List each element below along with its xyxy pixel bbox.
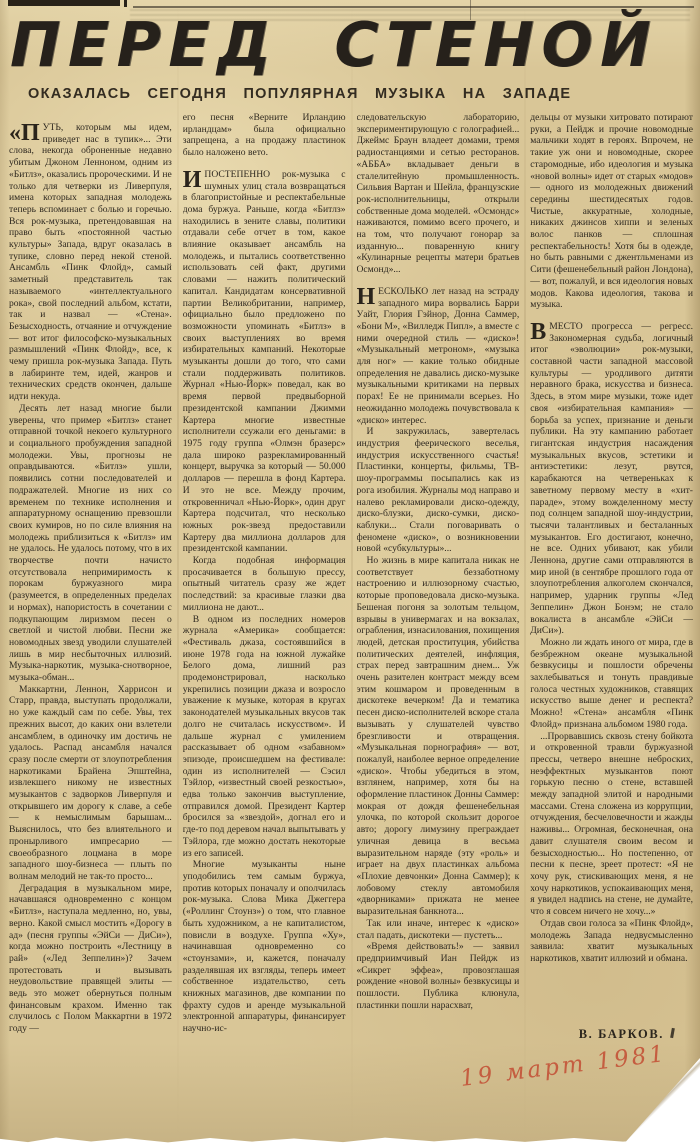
paragraph: Можно ли ждать иного от мира, где в безб… <box>530 637 693 731</box>
paragraph: его песня «Верните Ирландию ирландцам» б… <box>183 112 346 159</box>
article-column: его песня «Верните Ирландию ирландцам» б… <box>183 112 346 1064</box>
paragraph: Многие музыканты ныне уподобились тем са… <box>183 859 346 1035</box>
torn-paper-edge <box>0 1133 700 1146</box>
adjacent-article-tick <box>124 0 127 7</box>
article-column: «ПУТЬ, которым мы идем, приведет нас в т… <box>9 112 172 1064</box>
paragraph: ...Прорвавшись сквозь стену бойкота и от… <box>530 731 693 918</box>
adjacent-article-border <box>133 6 694 8</box>
drop-cap: И <box>183 169 205 190</box>
newspaper-clipping: ПЕРЕД СТЕНОЙ ОКАЗАЛАСЬ СЕГОДНЯ ПОПУЛЯРНА… <box>0 0 700 1146</box>
paragraph: НЕСКОЛЬКО лет назад на эстраду западного… <box>357 286 520 426</box>
adjacent-article-rule <box>8 0 120 6</box>
torn-corner <box>622 1058 700 1146</box>
paragraph: следовательскую лабораторию, эксперимент… <box>357 112 520 276</box>
paragraph: дельцы от музыки хитровато потирают руки… <box>530 112 693 311</box>
author-name: В. БАРКОВ. <box>579 1027 664 1041</box>
paragraph: И закружилась, завертелась индустрия фее… <box>357 426 520 555</box>
paragraph: ИПОСТЕПЕННО рок-музыка с шумных улиц ста… <box>183 169 346 555</box>
paragraph: Но жизнь в мире капитала никак не соотве… <box>357 555 520 918</box>
article-subtitle: ОКАЗАЛАСЬ СЕГОДНЯ ПОПУЛЯРНАЯ МУЗЫКА НА З… <box>10 86 694 102</box>
drop-cap: Н <box>357 286 379 307</box>
paragraph: Когда подобная информация просачивается … <box>183 555 346 614</box>
paragraph: В одном из последних номеров журнала «Ам… <box>183 614 346 860</box>
paragraph: Маккартни, Леннон, Харрисон и Старр, пра… <box>9 684 172 883</box>
article-columns: «ПУТЬ, которым мы идем, приведет нас в т… <box>9 112 693 1064</box>
paragraph: Десять лет назад многие были уверены, чт… <box>9 403 172 684</box>
paragraph: «ПУТЬ, которым мы идем, приведет нас в т… <box>9 122 172 403</box>
drop-cap: «П <box>9 122 43 143</box>
paragraph: Деградация в музыкальном мире, начавшаяс… <box>9 883 172 1035</box>
article-column: следовательскую лабораторию, эксперимент… <box>357 112 520 1064</box>
paragraph: Так или иначе, интерес к «диско» стал па… <box>357 918 520 941</box>
masthead: ПЕРЕД СТЕНОЙ ОКАЗАЛАСЬ СЕГОДНЯ ПОПУЛЯРНА… <box>10 12 694 102</box>
paragraph: Отдав свои голоса за «Пинк Флойд», молод… <box>530 918 693 965</box>
paragraph: «Время действовать!» — заявил предприимч… <box>357 941 520 1011</box>
paragraph: ВМЕСТО прогресса — регресс. Закономерная… <box>530 321 693 637</box>
drop-cap: В <box>530 321 549 342</box>
author-signature: В. БАРКОВ. <box>528 1027 674 1042</box>
article-title: ПЕРЕД СТЕНОЙ <box>10 12 700 79</box>
article-column: дельцы от музыки хитровато потирают руки… <box>530 112 693 1064</box>
